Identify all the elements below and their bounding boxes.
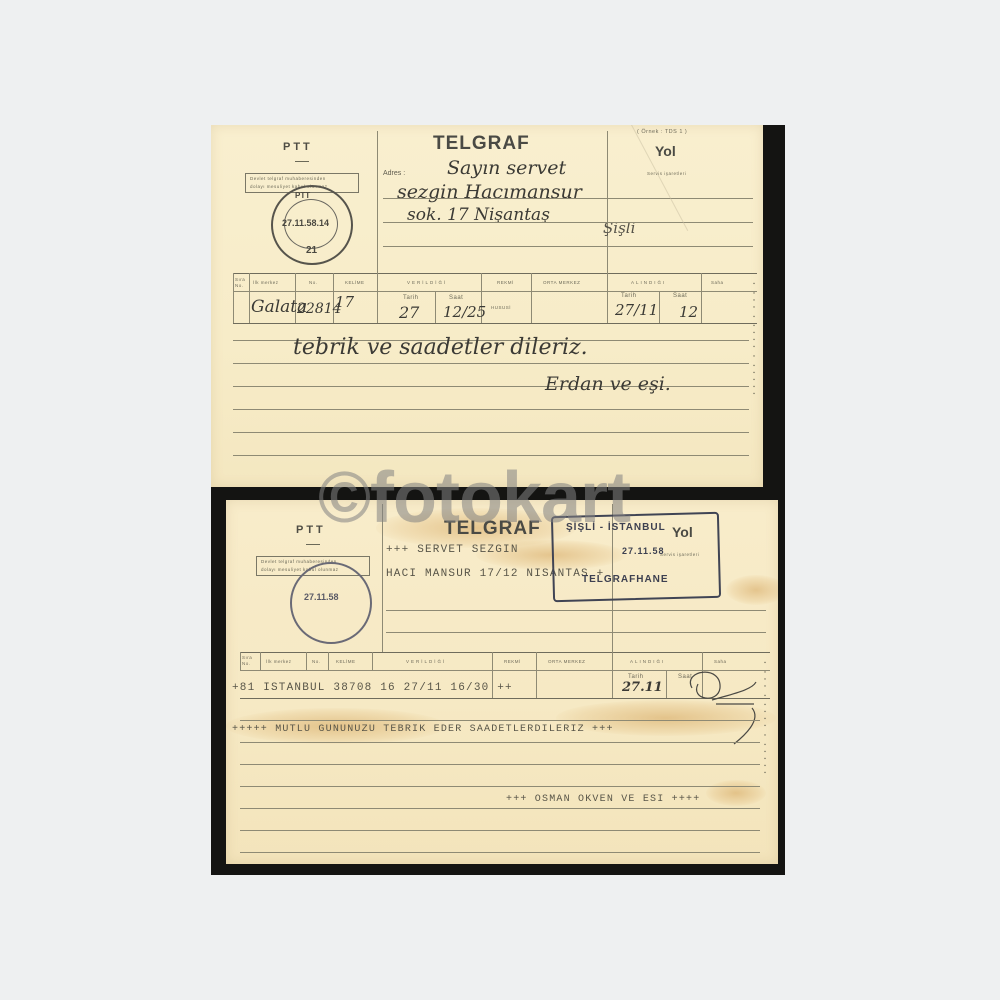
stain xyxy=(726,575,778,605)
signature-text: Erdan ve eşi. xyxy=(545,373,671,395)
stamp-office-type: TELGRAFHANE xyxy=(582,574,669,585)
ruled-line xyxy=(386,632,766,633)
sub-header: HUSUSİ xyxy=(491,305,511,310)
ruled-line xyxy=(386,610,766,611)
col-header: No. xyxy=(312,659,321,664)
table-border xyxy=(612,652,613,698)
side-print: ▪ ▪▪▪ ▪ ▪▪▪▪ ▪ ▪▪▪▪▪ xyxy=(762,660,768,777)
table-border xyxy=(233,323,757,324)
form-code: ( Örnek : TDS 1 ) xyxy=(637,129,687,135)
table-border xyxy=(666,670,667,698)
ruled-line xyxy=(383,198,753,199)
words-value: 17 xyxy=(335,293,354,311)
yol-label: Yol xyxy=(655,143,676,159)
col-header: ALINDIĞI xyxy=(631,280,666,285)
col-header: İlk merkez xyxy=(253,280,279,285)
ruled-line xyxy=(383,222,753,223)
stain xyxy=(706,780,766,806)
col-header: VERİLDİĞİ xyxy=(407,280,447,285)
side-print: ▪ ▪▪▪ ▪ ▪▪▪▪ ▪ ▪▪▪▪▪ xyxy=(751,281,757,398)
postmark-stamp xyxy=(290,562,372,644)
postmark-date: 27.11.58 xyxy=(304,592,339,602)
table-border xyxy=(306,652,307,670)
table-border xyxy=(377,273,378,323)
table-border xyxy=(531,273,532,323)
service-marks-label: Servis işaretleri xyxy=(647,171,686,176)
table-border xyxy=(435,291,436,323)
postmark-number: 21 xyxy=(306,245,317,256)
table-border xyxy=(233,273,757,274)
ruled-line xyxy=(240,786,760,787)
postmark-date: 27.11.58.14 xyxy=(282,218,329,228)
table-border xyxy=(328,652,329,670)
col-header: Saha xyxy=(711,280,724,285)
col-header: Sıra No. xyxy=(242,655,258,667)
ruled-line xyxy=(240,720,760,721)
table-border xyxy=(249,273,250,323)
sub-header: Tarih xyxy=(403,295,419,301)
address-line: sezgin Hacımansur xyxy=(397,181,582,203)
date-value: 27 xyxy=(399,303,419,322)
table-border xyxy=(240,652,241,670)
table-border xyxy=(607,273,608,323)
divider xyxy=(607,131,608,277)
ruled-line xyxy=(233,386,749,387)
received-time-value: 12 xyxy=(679,303,698,321)
col-header: Sıra No. xyxy=(235,277,249,289)
table-border xyxy=(372,652,373,670)
table-border xyxy=(659,291,660,323)
col-header: No. xyxy=(309,280,318,285)
col-header: ORTA MERKEZ xyxy=(543,280,580,285)
divider xyxy=(377,131,378,277)
signature-text: +++ OSMAN OKVEN VE ESI ++++ xyxy=(506,794,700,805)
col-header: KELİME xyxy=(345,280,365,285)
notice-line: Devlet telgraf muhaberesinden xyxy=(250,175,354,183)
col-header: ALINDIĞI xyxy=(630,659,665,664)
address-line: Sayın servet xyxy=(447,157,566,179)
col-header: KELİME xyxy=(336,659,356,664)
handwritten-scribble xyxy=(682,660,762,750)
table-border xyxy=(233,291,757,292)
ptt-label: PTT xyxy=(283,141,313,153)
address-label: Adres : xyxy=(383,170,405,177)
table-border xyxy=(240,652,770,653)
message-text: tebrik ve saadetler dileriz. xyxy=(293,335,588,360)
paper-fold xyxy=(631,125,688,231)
ruled-line xyxy=(240,830,760,831)
col-header: REKMİ xyxy=(504,659,521,664)
col-header: REKMİ xyxy=(497,280,514,285)
ruled-line xyxy=(233,409,749,410)
ruled-line xyxy=(240,764,760,765)
address-line: +++ SERVET SEZGIN xyxy=(386,544,519,556)
transmission-line: +81 ISTANBUL 38708 16 27/11 16/30 ++ xyxy=(232,682,513,694)
sub-header: Saat xyxy=(449,295,463,301)
table-border xyxy=(536,652,537,698)
telegram-handwritten: PTT Devlet telgraf muhaberesinden dolayı… xyxy=(211,125,763,487)
ruled-line xyxy=(233,455,749,456)
telegram-typed: PTT Devlet telgraf muhaberesinden dolayı… xyxy=(226,500,778,864)
telegram-title: TELGRAF xyxy=(433,133,530,155)
postmark-top: PTT xyxy=(295,191,310,200)
stamp-date: 27.11.58 xyxy=(622,546,665,556)
table-border xyxy=(233,273,234,323)
table-border xyxy=(701,273,702,323)
col-header: ORTA MERKEZ xyxy=(548,659,585,664)
col-header: İlk merkez xyxy=(266,659,292,664)
time-value: 12/25 xyxy=(443,303,486,321)
divider xyxy=(306,544,320,545)
ruled-line xyxy=(383,246,753,247)
ruled-line xyxy=(240,742,760,743)
ruled-line xyxy=(240,808,760,809)
ruled-line xyxy=(233,363,749,364)
col-header: VERİLDİĞİ xyxy=(406,659,446,664)
sub-header: Saat xyxy=(673,293,687,299)
sub-header: Tarih xyxy=(621,293,637,299)
table-border xyxy=(260,652,261,670)
received-value: 27.11 xyxy=(622,680,663,695)
ruled-line xyxy=(240,852,760,853)
ruled-line xyxy=(233,432,749,433)
message-text: +++++ MUTLU GUNUNUZU TEBRIK EDER SAADETL… xyxy=(232,724,614,735)
divider xyxy=(295,161,309,162)
watermark: ©fotokart xyxy=(318,462,630,534)
received-date-value: 27/11 xyxy=(615,301,658,319)
